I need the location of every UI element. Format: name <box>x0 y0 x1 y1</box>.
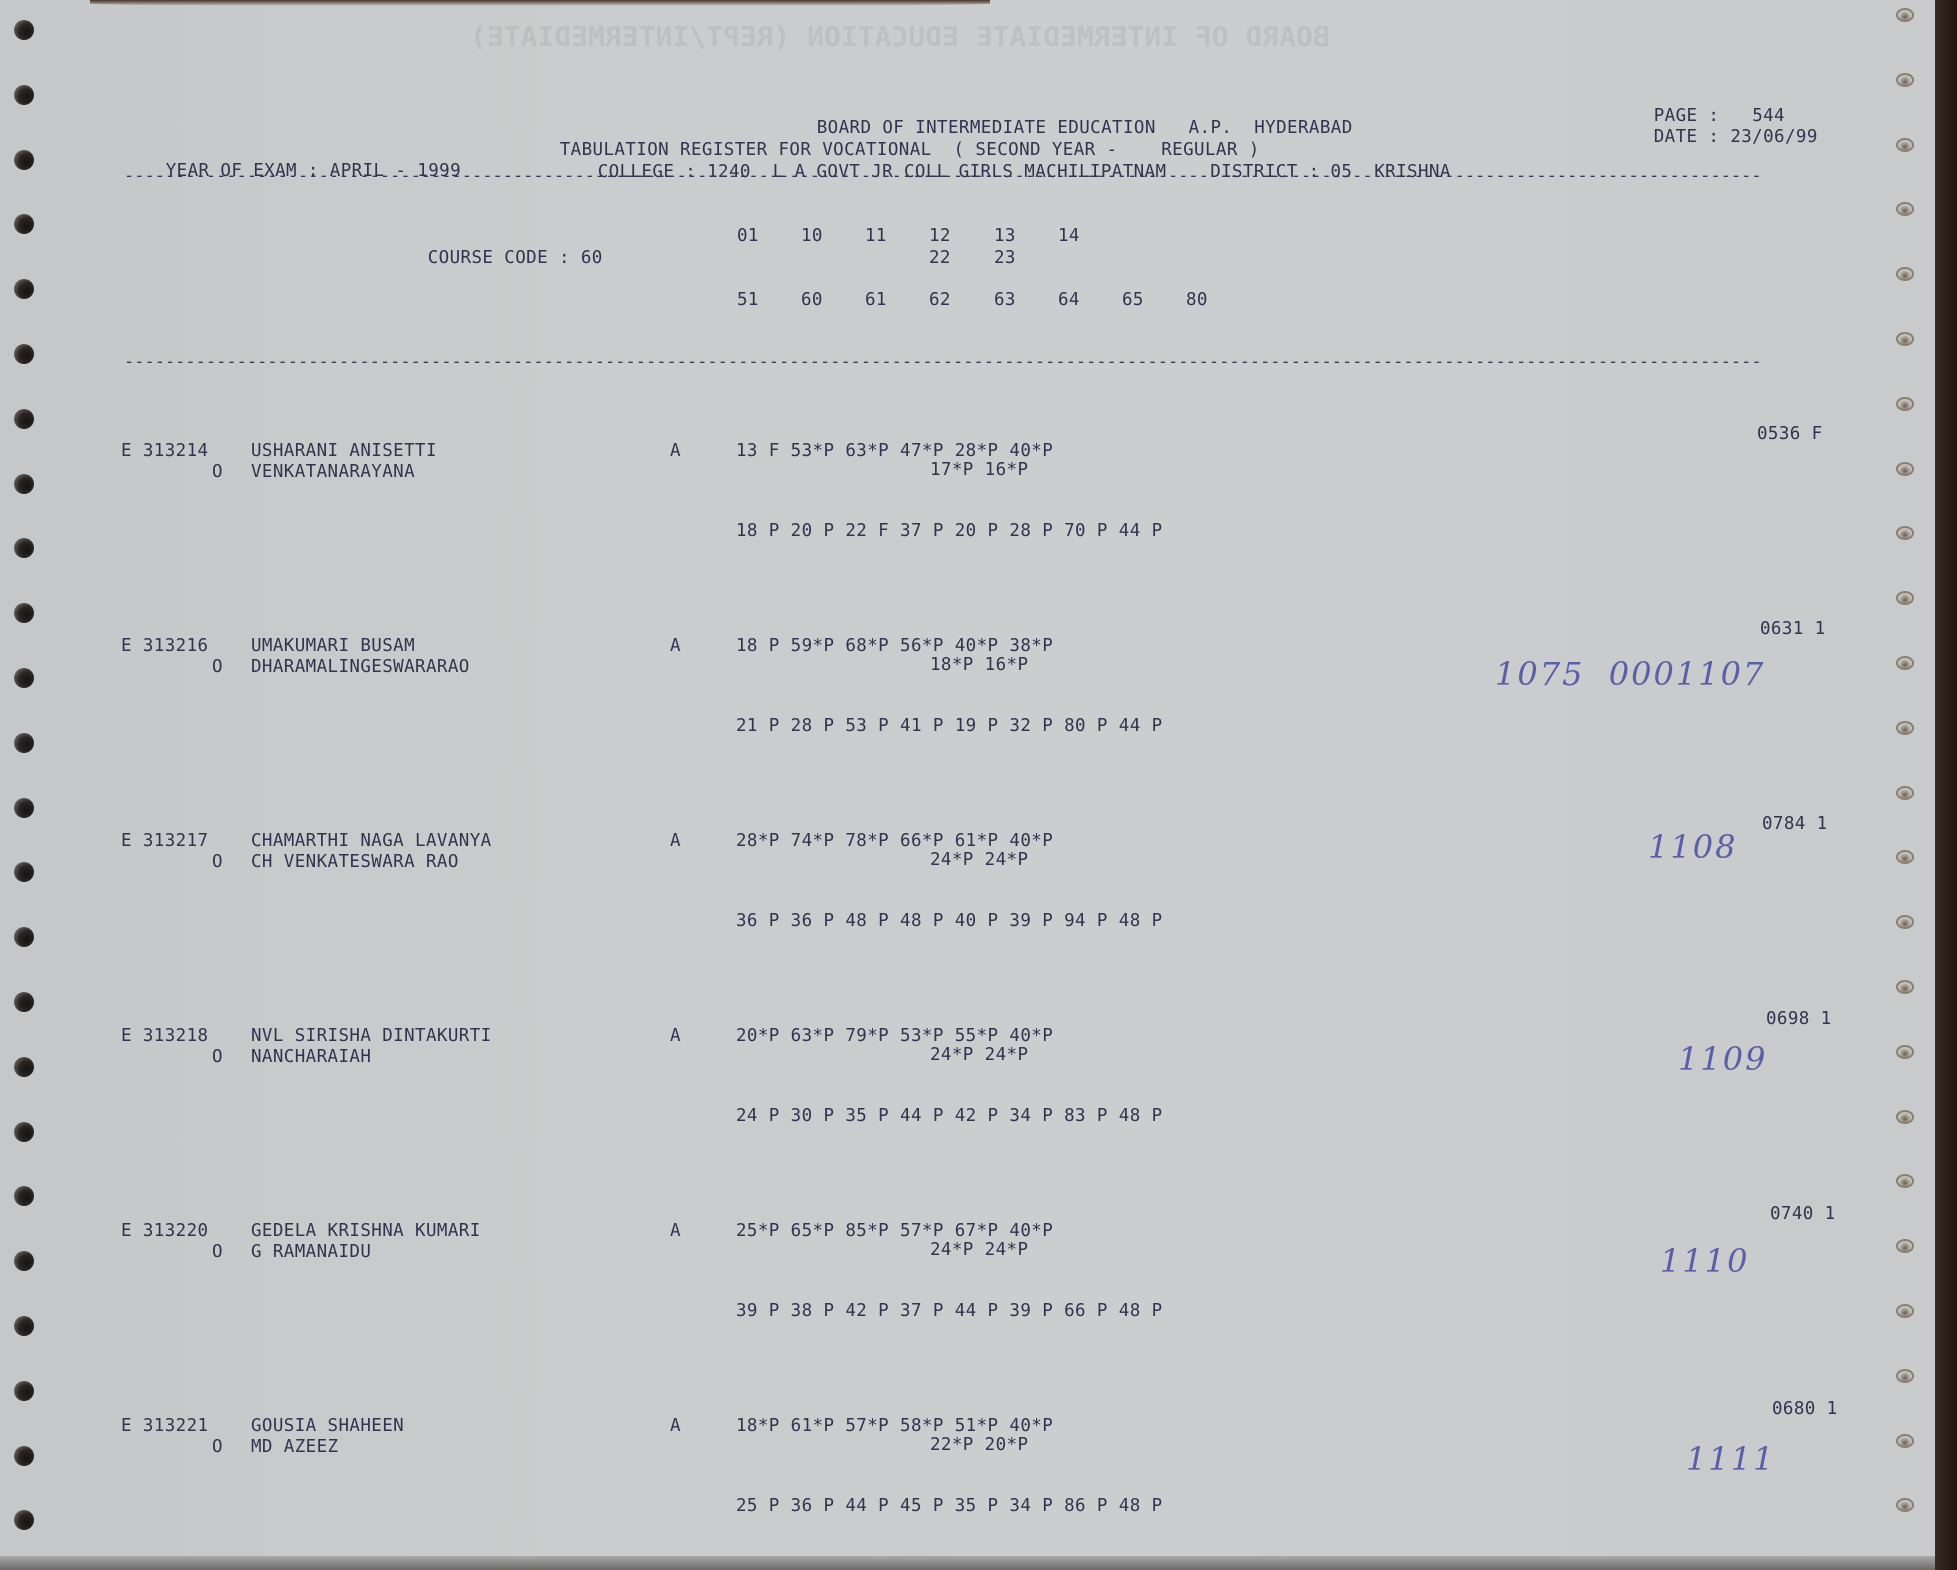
subject-code: 12 <box>929 226 951 246</box>
parent-prefix: O <box>212 1047 223 1067</box>
punch-hole <box>14 603 34 623</box>
category-code: A <box>670 1221 681 1241</box>
marks-row2: 25 P 36 P 44 P 45 P 35 P 34 P 86 P 48 P <box>736 1496 1163 1516</box>
punch-hole <box>14 992 34 1012</box>
tractor-hole <box>1896 721 1914 735</box>
handwritten-note: 1108 <box>1648 828 1737 866</box>
tractor-hole <box>1896 1174 1914 1188</box>
subject-code: 62 <box>929 290 951 310</box>
total-result: 0698 1 <box>1766 1009 1832 1029</box>
punch-hole <box>14 279 34 299</box>
print-date: DATE : 23/06/99 <box>1610 107 1818 167</box>
punch-hole <box>14 474 34 494</box>
tractor-hole <box>1896 786 1914 800</box>
tractor-hole <box>1896 1434 1914 1448</box>
punch-hole <box>14 344 34 364</box>
tractor-hole <box>1896 397 1914 411</box>
punch-hole <box>14 1316 34 1336</box>
tractor-hole <box>1896 8 1914 22</box>
marks-row1-sub: 18*P 16*P <box>930 655 1028 675</box>
subject-code: 64 <box>1058 290 1080 310</box>
parent-name: CH VENKATESWARA RAO <box>251 852 459 872</box>
tractor-hole <box>1896 1498 1914 1512</box>
printout-page: BOARD OF INTERMEDIATE EDUCATION (REPT/IN… <box>0 0 1936 1570</box>
tractor-hole <box>1896 1239 1914 1253</box>
subject-code: 63 <box>994 290 1016 310</box>
separator-top: ----------------------------------------… <box>124 166 1836 186</box>
marks-row1: 28*P 74*P 78*P 66*P 61*P 40*P <box>736 831 1053 851</box>
punch-hole <box>14 1057 34 1077</box>
registration-number: E 313220 <box>121 1221 209 1241</box>
punch-hole <box>14 1186 34 1206</box>
category-code: A <box>670 1026 681 1046</box>
subject-code: 13 <box>994 226 1016 246</box>
category-code: A <box>670 831 681 851</box>
tractor-hole <box>1896 332 1914 346</box>
subject-code: 80 <box>1186 290 1208 310</box>
tractor-hole <box>1896 462 1914 476</box>
parent-name: VENKATANARAYANA <box>251 462 415 482</box>
total-result: 0784 1 <box>1762 814 1828 834</box>
tractor-hole <box>1896 1110 1914 1124</box>
punch-hole <box>14 668 34 688</box>
tractor-hole <box>1896 1045 1914 1059</box>
parent-prefix: O <box>212 1242 223 1262</box>
marks-row2: 36 P 36 P 48 P 48 P 40 P 39 P 94 P 48 P <box>736 911 1163 931</box>
punch-hole <box>14 733 34 753</box>
subject-code: 23 <box>994 248 1016 268</box>
handwritten-note: 1109 <box>1678 1040 1767 1078</box>
registration-number: E 313218 <box>121 1026 209 1046</box>
show-through-text: BOARD OF INTERMEDIATE EDUCATION (REPT/IN… <box>470 20 1330 53</box>
registration-number: E 313214 <box>121 441 209 461</box>
registration-number: E 313221 <box>121 1416 209 1436</box>
tractor-hole <box>1896 73 1914 87</box>
marks-row1-sub: 22*P 20*P <box>930 1435 1028 1455</box>
marks-row1-sub: 24*P 24*P <box>930 850 1028 870</box>
tractor-hole <box>1896 267 1914 281</box>
punch-hole <box>14 798 34 818</box>
tractor-hole <box>1896 656 1914 670</box>
subject-code: 10 <box>801 226 823 246</box>
marks-row1: 18 P 59*P 68*P 56*P 40*P 38*P <box>736 636 1053 656</box>
total-result: 0631 1 <box>1760 619 1826 639</box>
total-result: 0536 F <box>1757 424 1823 444</box>
parent-name: DHARAMALINGESWARARAO <box>251 657 470 677</box>
marks-row2: 18 P 20 P 22 F 37 P 20 P 28 P 70 P 44 P <box>736 521 1163 541</box>
punch-hole <box>14 1510 34 1530</box>
punch-hole <box>14 20 34 40</box>
course-code: COURSE CODE : 60 <box>384 228 603 288</box>
subject-code: 14 <box>1058 226 1080 246</box>
punch-hole <box>14 1122 34 1142</box>
handwritten-note: 1075 0001107 <box>1495 655 1765 693</box>
registration-number: E 313217 <box>121 831 209 851</box>
subject-code: 51 <box>737 290 759 310</box>
punch-hole <box>14 85 34 105</box>
tractor-hole <box>1896 980 1914 994</box>
punch-hole <box>14 1381 34 1401</box>
tractor-hole <box>1896 850 1914 864</box>
category-code: A <box>670 441 681 461</box>
marks-row2: 39 P 38 P 42 P 37 P 44 P 39 P 66 P 48 P <box>736 1301 1163 1321</box>
tractor-hole <box>1896 1369 1914 1383</box>
dark-edge <box>1935 0 1957 1570</box>
student-name: GOUSIA SHAHEEN <box>251 1416 404 1436</box>
parent-prefix: O <box>212 462 223 482</box>
tractor-hole <box>1896 138 1914 152</box>
punch-hole <box>14 1446 34 1466</box>
subject-code: 65 <box>1122 290 1144 310</box>
marks-row2: 21 P 28 P 53 P 41 P 19 P 32 P 80 P 44 P <box>736 716 1163 736</box>
marks-row1: 25*P 65*P 85*P 57*P 67*P 40*P <box>736 1221 1053 1241</box>
student-name: CHAMARTHI NAGA LAVANYA <box>251 831 492 851</box>
category-code: A <box>670 636 681 656</box>
punch-hole <box>14 150 34 170</box>
parent-prefix: O <box>212 657 223 677</box>
handwritten-note: 1111 <box>1686 1440 1775 1478</box>
tractor-hole <box>1896 1304 1914 1318</box>
top-shadow <box>90 0 990 6</box>
parent-name: G RAMANAIDU <box>251 1242 371 1262</box>
separator-bottom: ----------------------------------------… <box>124 352 1836 372</box>
tractor-hole <box>1896 526 1914 540</box>
marks-row1-sub: 17*P 16*P <box>930 460 1028 480</box>
tractor-hole <box>1896 591 1914 605</box>
subject-code: 01 <box>737 226 759 246</box>
student-name: UMAKUMARI BUSAM <box>251 636 415 656</box>
parent-name: NANCHARAIAH <box>251 1047 371 1067</box>
punch-hole <box>14 862 34 882</box>
marks-row1-sub: 24*P 24*P <box>930 1045 1028 1065</box>
subject-code: 22 <box>929 248 951 268</box>
punch-hole <box>14 409 34 429</box>
parent-prefix: O <box>212 1437 223 1457</box>
marks-row1-sub: 24*P 24*P <box>930 1240 1028 1260</box>
student-name: NVL SIRISHA DINTAKURTI <box>251 1026 492 1046</box>
marks-row1: 13 F 53*P 63*P 47*P 28*P 40*P <box>736 441 1053 461</box>
subject-code: 11 <box>865 226 887 246</box>
subject-code: 60 <box>801 290 823 310</box>
category-code: A <box>670 1416 681 1436</box>
punch-hole <box>14 538 34 558</box>
tractor-hole <box>1896 915 1914 929</box>
student-name: USHARANI ANISETTI <box>251 441 437 461</box>
parent-name: MD AZEEZ <box>251 1437 339 1457</box>
total-result: 0740 1 <box>1770 1204 1836 1224</box>
parent-prefix: O <box>212 852 223 872</box>
marks-row1: 20*P 63*P 79*P 53*P 55*P 40*P <box>736 1026 1053 1046</box>
punch-hole <box>14 1251 34 1271</box>
marks-row2: 24 P 30 P 35 P 44 P 42 P 34 P 83 P 48 P <box>736 1106 1163 1126</box>
handwritten-note: 1110 <box>1660 1242 1749 1280</box>
bottom-edge <box>0 1556 1936 1570</box>
student-name: GEDELA KRISHNA KUMARI <box>251 1221 481 1241</box>
tractor-hole <box>1896 202 1914 216</box>
marks-row1: 18*P 61*P 57*P 58*P 51*P 40*P <box>736 1416 1053 1436</box>
subject-code: 61 <box>865 290 887 310</box>
registration-number: E 313216 <box>121 636 209 656</box>
punch-hole <box>14 214 34 234</box>
total-result: 0680 1 <box>1772 1399 1838 1419</box>
punch-hole <box>14 927 34 947</box>
